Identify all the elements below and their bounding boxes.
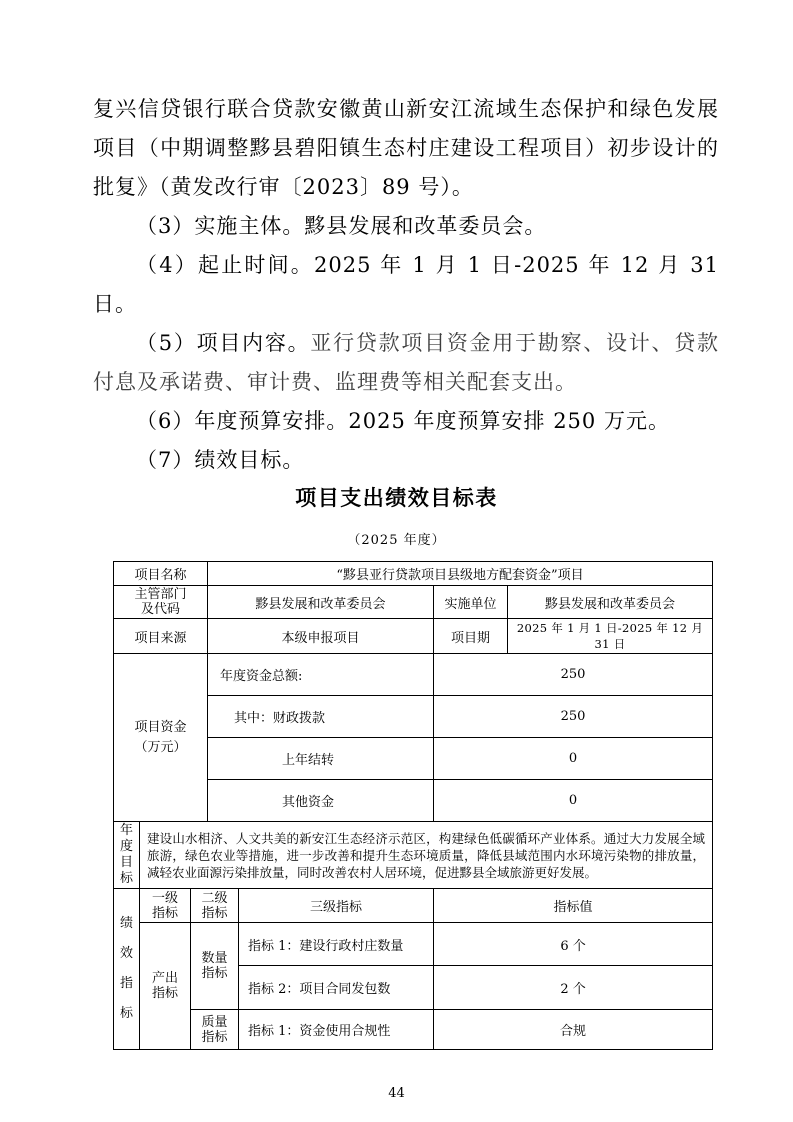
fund-total-value: 250	[434, 654, 713, 696]
fund-other-value: 0	[434, 780, 713, 822]
row-indicator-3: 质量 指标 指标 1：资金使用合规性 合规	[114, 1010, 713, 1050]
level2-indicator-header: 二级 指标	[191, 889, 239, 923]
project-source-value: 本级申报项目	[208, 619, 434, 654]
indicator-value-header: 指标值	[434, 889, 713, 923]
level3-indicator-header: 三级指标	[239, 889, 434, 923]
row-project-name: 项目名称 “黟县亚行贷款项目县级地方配套资金”项目	[114, 562, 713, 586]
row-indicator-1: 产出 指标 数量 指标 指标 1：建设行政村庄数量 6 个	[114, 923, 713, 966]
fund-fiscal-value: 250	[434, 696, 713, 738]
output-indicator-label: 产出 指标	[140, 923, 191, 1050]
indicator-1-name: 指标 1：建设行政村庄数量	[239, 923, 434, 966]
indicator-3-value: 合规	[434, 1010, 713, 1050]
implementing-unit-label: 实施单位	[434, 586, 508, 619]
paragraph-continuation: 复兴信贷银行联合贷款安徽黄山新安江流域生态保护和绿色发展项目（中期调整黟县碧阳镇…	[93, 90, 719, 207]
project-name-label: 项目名称	[114, 562, 208, 586]
implementing-unit-value: 黟县发展和改革委员会	[508, 586, 713, 619]
indicator-2-value: 2 个	[434, 966, 713, 1010]
document-page: 复兴信贷银行联合贷款安徽黄山新安江流域生态保护和绿色发展项目（中期调整黟县碧阳镇…	[0, 0, 793, 1122]
row-project-source: 项目来源 本级申报项目 项目期 2025 年 1 月 1 日-2025 年 12…	[114, 619, 713, 654]
level1-indicator-header: 一级 指标	[140, 889, 191, 923]
table-title: 项目支出绩效目标表	[0, 482, 793, 512]
project-name-value: “黟县亚行贷款项目县级地方配套资金”项目	[208, 562, 713, 586]
paragraph-item-5-lead: （5）项目内容。	[136, 331, 310, 355]
fund-carryover-label: 上年结转	[208, 738, 434, 780]
indicator-2-name: 指标 2：项目合同发包数	[239, 966, 434, 1010]
paragraph-item-4: （4）起止时间。2025 年 1 月 1 日-2025 年 12 月 31 日。	[93, 246, 719, 324]
department-label: 主管部门 及代码	[114, 586, 208, 619]
paragraph-item-3: （3）实施主体。黟县发展和改革委员会。	[93, 207, 719, 246]
performance-indicators-label: 绩效指标	[114, 889, 140, 1050]
project-period-label: 项目期	[434, 619, 508, 654]
annual-goal-label: 年度目标	[114, 822, 140, 889]
row-indicator-headers: 绩效指标 一级 指标 二级 指标 三级指标 指标值	[114, 889, 713, 923]
annual-goal-text: 建设山水相济、人文共美的新安江生态经济示范区，构建绿色低碳循环产业体系。通过大力…	[140, 822, 713, 889]
fund-fiscal-label: 其中：财政拨款	[208, 696, 434, 738]
project-source-label: 项目来源	[114, 619, 208, 654]
quantity-indicator-label: 数量 指标	[191, 923, 239, 1010]
project-funds-label: 项目资金 （万元）	[114, 654, 208, 822]
fund-other-label: 其他资金	[208, 780, 434, 822]
body-text-block: 复兴信贷银行联合贷款安徽黄山新安江流域生态保护和绿色发展项目（中期调整黟县碧阳镇…	[0, 0, 793, 480]
quality-indicator-label: 质量 指标	[191, 1010, 239, 1050]
paragraph-item-5: （5）项目内容。亚行贷款项目资金用于勘察、设计、贷款付息及承诺费、审计费、监理费…	[93, 324, 719, 402]
paragraph-item-6: （6）年度预算安排。2025 年度预算安排 250 万元。	[93, 402, 719, 441]
table-subtitle: （2025 年度）	[0, 529, 793, 548]
row-annual-goal: 年度目标 建设山水相济、人文共美的新安江生态经济示范区，构建绿色低碳循环产业体系…	[114, 822, 713, 889]
paragraph-item-7: （7）绩效目标。	[93, 441, 719, 480]
page-number: 44	[0, 1086, 793, 1101]
project-period-value: 2025 年 1 月 1 日-2025 年 12 月 31 日	[508, 619, 713, 654]
performance-target-table: 项目名称 “黟县亚行贷款项目县级地方配套资金”项目 主管部门 及代码 黟县发展和…	[113, 561, 713, 1050]
department-value: 黟县发展和改革委员会	[208, 586, 434, 619]
row-department: 主管部门 及代码 黟县发展和改革委员会 实施单位 黟县发展和改革委员会	[114, 586, 713, 619]
indicator-3-name: 指标 1：资金使用合规性	[239, 1010, 434, 1050]
indicator-1-value: 6 个	[434, 923, 713, 966]
fund-total-label: 年度资金总额:	[208, 654, 434, 696]
fund-carryover-value: 0	[434, 738, 713, 780]
row-fund-total: 项目资金 （万元） 年度资金总额: 250	[114, 654, 713, 696]
